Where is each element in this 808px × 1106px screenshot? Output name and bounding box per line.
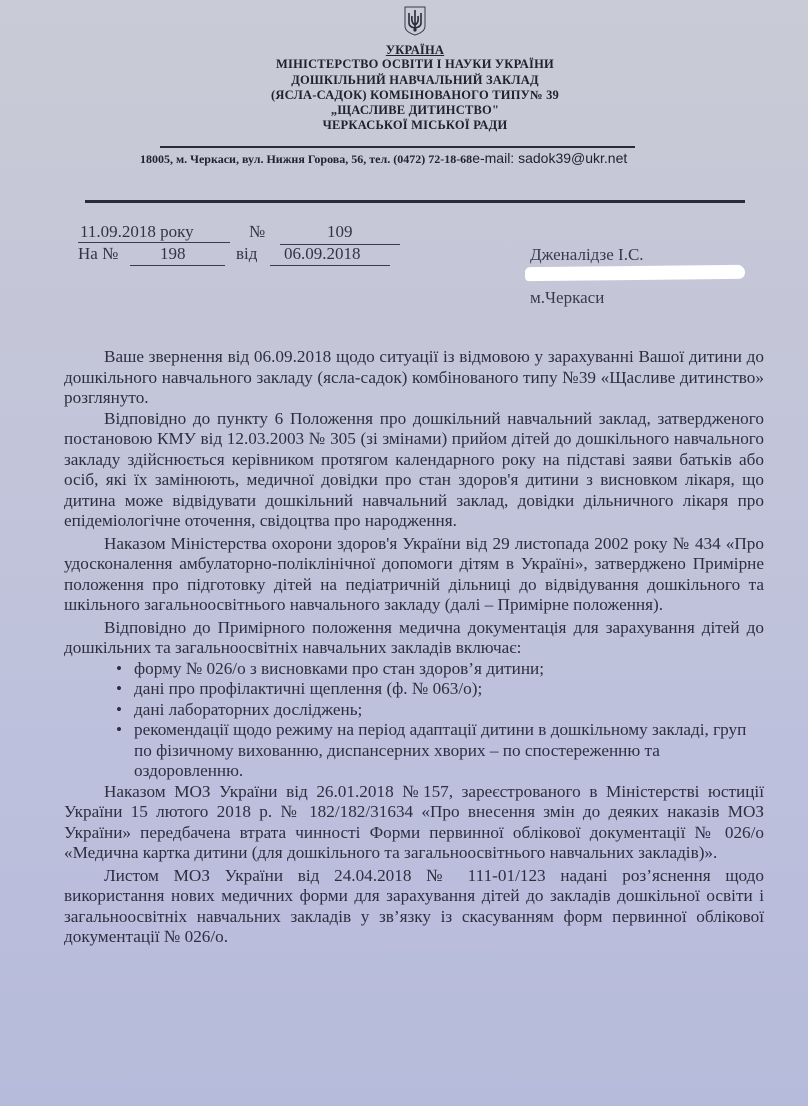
addressee-name: Дженалідзе І.С. (530, 245, 644, 265)
underline (130, 265, 225, 266)
letterhead-country: УКРАЇНА (200, 43, 630, 58)
paragraph-5: Наказом МОЗ України від 26.01.2018 №157,… (64, 782, 764, 864)
paragraph-1: Ваше звернення від 06.09.2018 щодо ситуа… (64, 347, 764, 409)
underline (270, 265, 390, 266)
paragraph-2: Відповідно до пункту 6 Положення про дош… (64, 409, 764, 532)
header-divider (160, 146, 635, 148)
addressee-city: м.Черкаси (530, 288, 604, 308)
paragraph-6: Листом МОЗ України від 24.04.2018 № 111-… (64, 866, 764, 948)
reply-to-date: 06.09.2018 (284, 244, 361, 264)
underline (78, 242, 230, 243)
letterhead-contacts: 18005, м. Черкаси, вул. Нижня Горова, 56… (140, 150, 627, 167)
reply-to-number: 198 (160, 244, 186, 264)
outgoing-date: 11.09.2018 року (80, 222, 194, 242)
outgoing-number-label: № (249, 222, 265, 242)
letterhead-institution-line2: (ЯСЛА-САДОК) КОМБІНОВАНОГО ТИПУ№ 39 (200, 88, 630, 103)
list-item: рекомендації щодо режиму на період адапт… (116, 720, 764, 782)
letter-page: УКРАЇНА МІНІСТЕРСТВО ОСВІТИ І НАУКИ УКРА… (0, 0, 808, 1106)
email-link[interactable]: sadok39@ukr.net (518, 150, 627, 166)
letterhead-ministry: МІНІСТЕРСТВО ОСВІТИ І НАУКИ УКРАЇНИ (200, 57, 630, 72)
address: 18005, м. Черкаси, вул. Нижня Горова, 56… (140, 152, 472, 166)
letterhead-bottom-divider (85, 200, 745, 203)
outgoing-number: 109 (327, 222, 353, 242)
email-label: e-mail: (472, 150, 518, 166)
list-item: дані про профілактичні щеплення (ф. № 06… (116, 679, 764, 700)
letterhead-council: ЧЕРКАСЬКОЇ МІСЬКОЇ РАДИ (200, 118, 630, 133)
list-item: дані лабораторних досліджень; (116, 700, 764, 721)
letterhead-institution-name: „ЩАСЛИВЕ ДИТИНСТВО" (200, 103, 630, 118)
list-item: форму № 026/о з висновками про стан здор… (116, 659, 764, 680)
paragraph-4: Відповідно до Примірного положення медич… (64, 618, 764, 659)
required-documents-list: форму № 026/о з висновками про стан здор… (64, 659, 764, 782)
ukraine-trident-icon (403, 6, 427, 36)
paragraph-3: Наказом Міністерства охорони здоров'я Ук… (64, 534, 764, 616)
reply-to-from-label: від (236, 244, 257, 264)
reply-to-label: На № (78, 244, 118, 264)
letter-body: Ваше звернення від 06.09.2018 щодо ситуа… (64, 347, 764, 948)
redacted-address (525, 265, 745, 281)
letterhead-institution-line1: ДОШКІЛЬНИЙ НАВЧАЛЬНИЙ ЗАКЛАД (200, 73, 630, 88)
